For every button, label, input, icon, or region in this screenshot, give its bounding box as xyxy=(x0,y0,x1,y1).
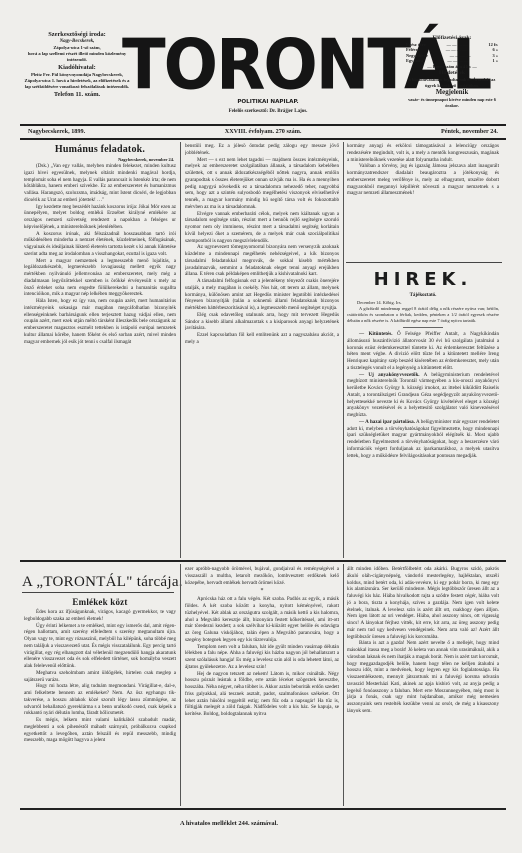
column-divider xyxy=(343,142,344,558)
news-heading: HIREK. xyxy=(347,268,499,292)
feuilleton-paragraph: Bánta is azt a gazda! Nem azért nevelte … xyxy=(347,640,499,714)
info-bar-rule xyxy=(20,138,506,140)
feuilleton-title-underline xyxy=(22,592,174,593)
feuilleton-rule xyxy=(20,560,506,562)
news-item-text: A belügyminister már egyszer rendeletet … xyxy=(347,419,499,459)
column-divider xyxy=(180,142,181,558)
newspaper-subtitle: POLITIKAI NAPILAP. xyxy=(200,98,336,106)
subscription-heading: Előfizetési árak: xyxy=(406,34,498,42)
issue-date: Péntek, november 24. xyxy=(441,128,498,136)
price-value: 1 » xyxy=(493,58,499,63)
feuilleton-column-1: Emlékek közt Édes kora az ifjúságunknak,… xyxy=(24,596,176,806)
article-paragraph: benstüli meg. Ez a jólesö öntudat pedig … xyxy=(185,143,339,157)
news-section: HIREK. Tájékoztató. December 14. Kőbig. … xyxy=(347,268,499,556)
article-paragraph: Igy kezdette meg beszédét hazánk koszoru… xyxy=(24,204,176,231)
article-paragraph: A koszorus irónak, aki félszázadnál hoss… xyxy=(24,231,176,258)
news-item-lead: — A hazai ipar pártolása. xyxy=(359,419,415,425)
article-paragraph: Mert a magyar nemzetnek a legmesszebb me… xyxy=(24,258,176,299)
news-item-lead: — Uj anyakönyvvezetők. xyxy=(359,372,420,378)
article-paragraph: A társadalmi felfogásnak ezt a jelentéke… xyxy=(185,278,339,312)
feuilleton-title: Emlékek közt xyxy=(24,596,176,609)
ads-text: a kiadóhivatalban fogadtatnak el. Árszab… xyxy=(406,77,498,88)
feuilleton-paragraph: Úgy érinti lelkemet a te emléked, mint e… xyxy=(24,623,176,670)
feuilleton-column-3: állt minden időben. Betértfölbetért oda … xyxy=(347,566,499,806)
news-item: — A hazai ipar pártolása. A belügyminist… xyxy=(347,419,499,460)
place-year: Nagybecskerek, 1899. xyxy=(28,128,85,136)
feuilleton-paragraph: Hogy mi hozta létre, alig tudnám megmond… xyxy=(24,683,176,717)
ads-heading: Hirdetések xyxy=(406,69,498,77)
appears-text: vasár- és ünnepnapot kivéve minden nap e… xyxy=(406,97,498,108)
article-paragraph: Hála Isten, hogy ez így van, nem csupán … xyxy=(24,298,176,345)
weather-heading: Tájékoztató. xyxy=(347,292,499,300)
feuilleton-paragraph: Édes kora az ifjúságunknak, virágos, kac… xyxy=(24,609,176,623)
price-label: Egy hóra xyxy=(406,58,423,63)
article-title: Humánus feladatok. xyxy=(24,143,176,157)
article-paragraph: Mert — s ezt nem lehet tagadni — majdnem… xyxy=(185,157,339,211)
feuilleton-paragraph: Aprócska ház ott a falu végén. Két szoba… xyxy=(185,596,339,643)
phone-number: Telefon 11. szám. xyxy=(24,90,130,99)
article-paragraph: Elvégre vannak emberbaráti célok, melyek… xyxy=(185,211,339,245)
masthead-rule xyxy=(20,124,506,126)
article-paragraph: (Dsk.) „Van egy vallás, melyben minden f… xyxy=(24,163,176,204)
newspaper-page: Szerkesztőségi iroda: Nagy-Becskerek, Zá… xyxy=(0,0,522,853)
feuilleton-paragraph: Es mégis, lelkem mint valami kalitkából … xyxy=(24,717,176,744)
news-item-text: Ő Felsége Pfeiffer Antalt, a Nagykikindá… xyxy=(347,331,499,371)
bottom-rule xyxy=(20,808,506,810)
column-divider xyxy=(180,564,181,806)
news-item-lead: — Kitüntetés. xyxy=(359,331,393,337)
feuilleton-paragraph: állt minden időben. Betértfölbetért oda … xyxy=(347,566,499,640)
column-divider xyxy=(343,564,344,806)
issue-info-bar: Nagybecskerek, 1899. XXVIII. évfolyam. 2… xyxy=(28,128,498,136)
feuilleton-paragraph: Templom nem volt a faluban, hát ide gyül… xyxy=(185,644,339,671)
feuilleton-column-2: ezer apróbb-nagyobb örömével, bujával, g… xyxy=(185,566,339,806)
feuilleton-paragraph: Meghatva szeholmbam amint üldögélek, hir… xyxy=(24,670,176,684)
article-paragraph: kormány anyagi és erkölcsi támogatásával… xyxy=(347,143,499,163)
section-star: * xyxy=(185,586,339,596)
publisher-text: Pleitz Fer. Pál könyvnyomdája Nagybecske… xyxy=(24,72,130,90)
section-divider xyxy=(346,262,502,263)
news-item-text: A belügyministerium rendeletével megbízo… xyxy=(347,372,499,419)
subscription-info-box: Előfizetési árak: Egész évre— — — —12 fr… xyxy=(406,34,498,109)
article-paragraph: Valóban a törvény, jog és igazság Jámosa… xyxy=(347,163,499,197)
feuilleton-paragraph: Hej de nagyon tetszett az nekem! Látom i… xyxy=(185,671,339,718)
editor-line: Felelős szerkesztő: Dr. Brájjer Lajos. xyxy=(190,108,346,115)
article-humanus-end: kormány anyagi és erkölcsi támogatásával… xyxy=(347,143,499,260)
article-humanus-continued: benstüli meg. Ez a jólesö öntudat pedig … xyxy=(185,143,339,558)
feuilleton-section-title: A „TORONTÁL" tárcája. xyxy=(22,572,183,592)
publisher-heading: Kiadóhivatal: xyxy=(24,63,130,72)
office-heading: Szerkesztőségi iroda: xyxy=(24,30,130,39)
office-note: hová a lap szellemi részét illető minden… xyxy=(24,51,130,63)
article-humanus: Humánus feladatok. Nagybecskerek, novemb… xyxy=(24,143,176,558)
weather-text: A gőzfürdő mindennap reggel 8 órától dél… xyxy=(347,306,499,324)
news-item: — Uj anyakönyvvezetők. A belügyministeri… xyxy=(347,372,499,419)
news-item: — Kitüntetés. Ő Felsége Pfeiffer Antalt,… xyxy=(347,331,499,372)
footer-note: A hivatalos melléklet 244. számával. xyxy=(180,820,278,827)
short-divider xyxy=(403,327,443,328)
article-paragraph: Ezzel kapcsolatban föl kell említenünk a… xyxy=(185,332,339,346)
appears-heading: Megjelenik xyxy=(406,88,498,97)
office-info-box: Szerkesztőségi iroda: Nagy-Becskerek, Zá… xyxy=(24,30,130,99)
newspaper-title: TORONTÁL xyxy=(122,28,402,104)
article-paragraph: Az ugynevezett tömegnyomorral bizonyára … xyxy=(185,244,339,278)
article-paragraph: Elég csak odavetőleg utalnunk arra, hogy… xyxy=(185,312,339,332)
volume-issue: XXVIII. évfolyam. 270 szám. xyxy=(225,128,302,136)
feuilleton-paragraph: ezer apróbb-nagyobb örömével, bujával, g… xyxy=(185,566,339,586)
masthead: Szerkesztőségi iroda: Nagy-Becskerek, Zá… xyxy=(20,22,502,124)
